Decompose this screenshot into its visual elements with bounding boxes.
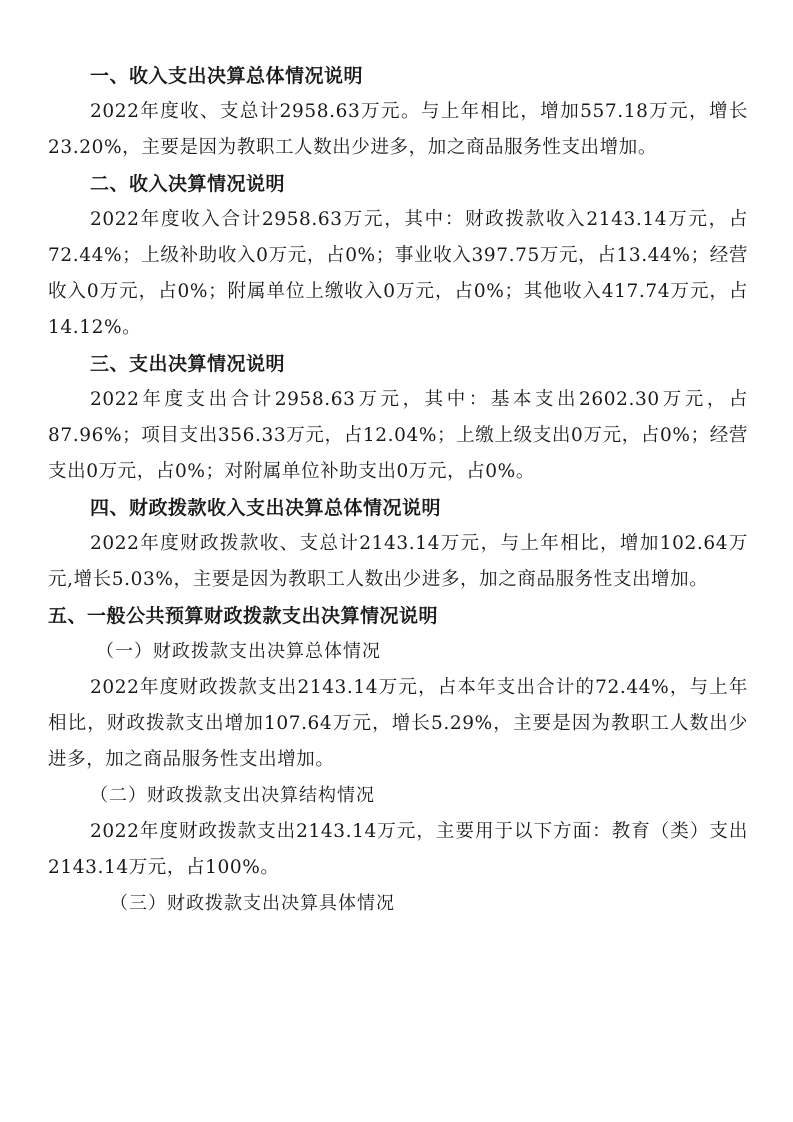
section-paragraph-3: 2022年度支出合计2958.63万元，其中：基本支出2602.30万元，占87… xyxy=(48,382,748,490)
section-paragraph-1: 2022年度收、支总计2958.63万元。与上年相比，增加557.18万元，增长… xyxy=(48,94,748,166)
section-heading-3: 三、支出决算情况说明 xyxy=(48,346,748,382)
document-page: 一、收入支出决算总体情况说明 2022年度收、支总计2958.63万元。与上年相… xyxy=(48,58,748,922)
subsection-paragraph-5-2: 2022年度财政拨款支出2143.14万元，主要用于以下方面：教育（类）支出21… xyxy=(48,814,748,886)
subsection-paragraph-5-1: 2022年度财政拨款支出2143.14万元，占本年支出合计的72.44%，与上年… xyxy=(48,670,748,778)
subsection-heading-5-2: （二）财政拨款支出决算结构情况 xyxy=(48,778,748,814)
subsection-heading-5-3: （三）财政拨款支出决算具体情况 xyxy=(48,886,748,922)
section-heading-4: 四、财政拨款收入支出决算总体情况说明 xyxy=(48,490,748,526)
subsection-heading-5-1: （一）财政拨款支出决算总体情况 xyxy=(48,634,748,670)
section-paragraph-2: 2022年度收入合计2958.63万元，其中：财政拨款收入2143.14万元，占… xyxy=(48,202,748,346)
section-heading-2: 二、收入决算情况说明 xyxy=(48,166,748,202)
section-heading-1: 一、收入支出决算总体情况说明 xyxy=(48,58,748,94)
section-heading-5: 五、一般公共预算财政拨款支出决算情况说明 xyxy=(48,598,748,634)
section-paragraph-4: 2022年度财政拨款收、支总计2143.14万元，与上年相比，增加102.64万… xyxy=(48,526,748,598)
